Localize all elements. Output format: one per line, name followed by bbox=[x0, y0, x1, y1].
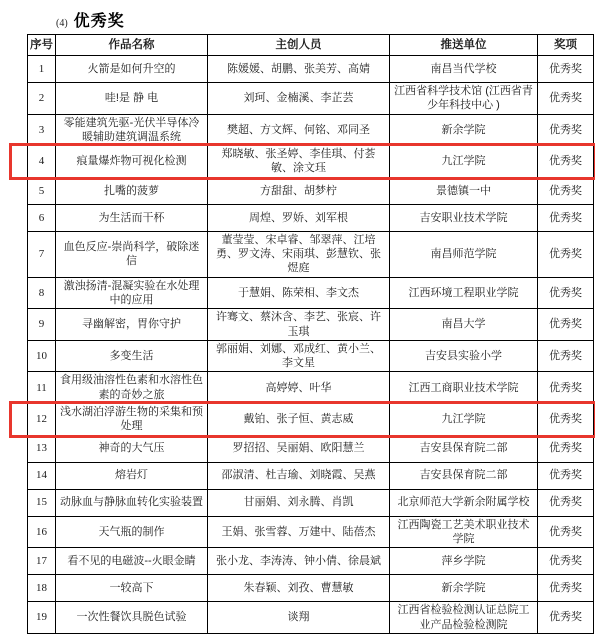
cell-creators: 樊超、方文辉、何铭、邓同圣 bbox=[208, 114, 390, 146]
table-row: 12 浅水湖泊浮游生物的采集和预处理 戴铂、张子恒、黄志威 九江学院 优秀奖 bbox=[28, 404, 594, 436]
table-row: 1 火箭是如何升空的 陈媛媛、胡鹏、张美芳、高婧 南昌当代学校 优秀奖 bbox=[28, 56, 594, 83]
table-row: 2 哇!是 静 电 刘珂、金楠溪、李芷芸 江西省科学技术馆 (江西省青少年科技中… bbox=[28, 83, 594, 115]
cell-work-title: 动脉血与静脉血转化实验装置 bbox=[56, 489, 208, 516]
cell-creators: 于慧娟、陈荣相、李文杰 bbox=[208, 277, 390, 309]
table-body: 1 火箭是如何升空的 陈媛媛、胡鹏、张美芳、高婧 南昌当代学校 优秀奖 2 哇!… bbox=[28, 56, 594, 634]
cell-award: 优秀奖 bbox=[538, 204, 594, 231]
table-row: 18 一较高下 朱春颖、刘孜、曹慧敏 新余学院 优秀奖 bbox=[28, 575, 594, 602]
cell-creators: 罗招招、吴丽娟、欧阳慧兰 bbox=[208, 435, 390, 462]
cell-work-title: 火箭是如何升空的 bbox=[56, 56, 208, 83]
cell-recommending-unit: 新余学院 bbox=[390, 114, 538, 146]
cell-award: 优秀奖 bbox=[538, 340, 594, 372]
cell-serial-number: 12 bbox=[28, 404, 56, 436]
table-header: 序号 作品名称 主创人员 推送单位 奖项 bbox=[28, 35, 594, 56]
table-row: 15 动脉血与静脉血转化实验装置 甘丽娟、刘永腾、肖凯 北京师范大学新余附属学校… bbox=[28, 489, 594, 516]
cell-work-title: 哇!是 静 电 bbox=[56, 83, 208, 115]
header-creators: 主创人员 bbox=[208, 35, 390, 56]
cell-creators: 郑晓敏、张圣婷、李佳琪、付荟敏、涂文珏 bbox=[208, 146, 390, 178]
cell-award: 优秀奖 bbox=[538, 404, 594, 436]
table-row: 19 一次性餐饮具脱色试验 谈翔 江西省检验检测认证总院工业产品检验检测院 优秀… bbox=[28, 602, 594, 634]
cell-work-title: 扎嘴的菠萝 bbox=[56, 177, 208, 204]
cell-award: 优秀奖 bbox=[538, 516, 594, 548]
cell-work-title: 零能建筑先驱-光伏半导体冷暖辅助建筑调温系统 bbox=[56, 114, 208, 146]
cell-recommending-unit: 南昌师范学院 bbox=[390, 231, 538, 277]
cell-serial-number: 4 bbox=[28, 146, 56, 178]
cell-recommending-unit: 萍乡学院 bbox=[390, 548, 538, 575]
cell-award: 优秀奖 bbox=[538, 231, 594, 277]
cell-work-title: 熔岩灯 bbox=[56, 462, 208, 489]
table-row: 4 痕量爆炸物可视化检测 郑晓敏、张圣婷、李佳琪、付荟敏、涂文珏 九江学院 优秀… bbox=[28, 146, 594, 178]
cell-work-title: 多变生活 bbox=[56, 340, 208, 372]
cell-creators: 谈翔 bbox=[208, 602, 390, 634]
cell-work-title: 浅水湖泊浮游生物的采集和预处理 bbox=[56, 404, 208, 436]
cell-recommending-unit: 北京师范大学新余附属学校 bbox=[390, 489, 538, 516]
header-award: 奖项 bbox=[538, 35, 594, 56]
cell-creators: 戴铂、张子恒、黄志威 bbox=[208, 404, 390, 436]
table-row: 14 熔岩灯 邵淑清、杜吉瑜、刘晓霞、吴燕 吉安县保育院二部 优秀奖 bbox=[28, 462, 594, 489]
cell-work-title: 为生活而干杯 bbox=[56, 204, 208, 231]
award-table: 序号 作品名称 主创人员 推送单位 奖项 1 火箭是如何升空的 陈媛媛、胡鹏、张… bbox=[27, 34, 594, 634]
cell-recommending-unit: 九江学院 bbox=[390, 404, 538, 436]
table-row: 3 零能建筑先驱-光伏半导体冷暖辅助建筑调温系统 樊超、方文辉、何铭、邓同圣 新… bbox=[28, 114, 594, 146]
header-row: 序号 作品名称 主创人员 推送单位 奖项 bbox=[28, 35, 594, 56]
cell-serial-number: 13 bbox=[28, 435, 56, 462]
cell-work-title: 看不见的电磁波--火眼金睛 bbox=[56, 548, 208, 575]
cell-serial-number: 6 bbox=[28, 204, 56, 231]
table-row: 17 看不见的电磁波--火眼金睛 张小龙、李涛涛、钟小倩、徐晨斌 萍乡学院 优秀… bbox=[28, 548, 594, 575]
cell-creators: 许骞文、蔡沐含、李艺、张宸、许玉琪 bbox=[208, 309, 390, 341]
header-work-title: 作品名称 bbox=[56, 35, 208, 56]
cell-serial-number: 10 bbox=[28, 340, 56, 372]
cell-recommending-unit: 南昌当代学校 bbox=[390, 56, 538, 83]
cell-serial-number: 2 bbox=[28, 83, 56, 115]
cell-creators: 郭丽娟、刘娜、邓成红、黄小兰、李文星 bbox=[208, 340, 390, 372]
table-row: 9 寻幽解密，胃你守护 许骞文、蔡沐含、李艺、张宸、许玉琪 南昌大学 优秀奖 bbox=[28, 309, 594, 341]
section-number-label: (4) bbox=[56, 18, 68, 29]
cell-award: 优秀奖 bbox=[538, 462, 594, 489]
header-serial-number: 序号 bbox=[28, 35, 56, 56]
section-title: 优秀奖 bbox=[74, 8, 125, 31]
cell-creators: 张小龙、李涛涛、钟小倩、徐晨斌 bbox=[208, 548, 390, 575]
cell-serial-number: 8 bbox=[28, 277, 56, 309]
cell-creators: 王娟、张雪蓉、万建中、陆蓓杰 bbox=[208, 516, 390, 548]
table-row: 11 食用级油溶性色素和水溶性色素的奇妙之旅 高婷婷、叶华 江西工商职业技术学院… bbox=[28, 372, 594, 404]
cell-award: 优秀奖 bbox=[538, 146, 594, 178]
cell-serial-number: 3 bbox=[28, 114, 56, 146]
cell-recommending-unit: 江西环境工程职业学院 bbox=[390, 277, 538, 309]
cell-work-title: 一较高下 bbox=[56, 575, 208, 602]
cell-recommending-unit: 吉安县实验小学 bbox=[390, 340, 538, 372]
cell-award: 优秀奖 bbox=[538, 435, 594, 462]
cell-serial-number: 11 bbox=[28, 372, 56, 404]
cell-creators: 邵淑清、杜吉瑜、刘晓霞、吴燕 bbox=[208, 462, 390, 489]
cell-serial-number: 5 bbox=[28, 177, 56, 204]
table-row: 5 扎嘴的菠萝 方甜甜、胡梦柠 景德镇一中 优秀奖 bbox=[28, 177, 594, 204]
cell-creators: 方甜甜、胡梦柠 bbox=[208, 177, 390, 204]
table-row: 7 血色反应-崇尚科学，破除迷信 董莹莹、宋卓睿、邹翠萍、江培勇、罗文涛、宋雨琪… bbox=[28, 231, 594, 277]
cell-award: 优秀奖 bbox=[538, 56, 594, 83]
cell-recommending-unit: 吉安职业技术学院 bbox=[390, 204, 538, 231]
cell-award: 优秀奖 bbox=[538, 83, 594, 115]
cell-recommending-unit: 吉安县保育院二部 bbox=[390, 435, 538, 462]
cell-work-title: 食用级油溶性色素和水溶性色素的奇妙之旅 bbox=[56, 372, 208, 404]
cell-serial-number: 15 bbox=[28, 489, 56, 516]
cell-serial-number: 7 bbox=[28, 231, 56, 277]
cell-serial-number: 9 bbox=[28, 309, 56, 341]
cell-recommending-unit: 景德镇一中 bbox=[390, 177, 538, 204]
cell-work-title: 神奇的大气压 bbox=[56, 435, 208, 462]
cell-serial-number: 16 bbox=[28, 516, 56, 548]
cell-work-title: 寻幽解密，胃你守护 bbox=[56, 309, 208, 341]
cell-recommending-unit: 新余学院 bbox=[390, 575, 538, 602]
cell-serial-number: 19 bbox=[28, 602, 56, 634]
cell-creators: 刘珂、金楠溪、李芷芸 bbox=[208, 83, 390, 115]
cell-recommending-unit: 九江学院 bbox=[390, 146, 538, 178]
cell-recommending-unit: 江西省检验检测认证总院工业产品检验检测院 bbox=[390, 602, 538, 634]
cell-work-title: 痕量爆炸物可视化检测 bbox=[56, 146, 208, 178]
cell-recommending-unit: 江西工商职业技术学院 bbox=[390, 372, 538, 404]
cell-creators: 朱春颖、刘孜、曹慧敏 bbox=[208, 575, 390, 602]
table-row: 6 为生活而干杯 周煌、罗娇、刘军根 吉安职业技术学院 优秀奖 bbox=[28, 204, 594, 231]
cell-work-title: 一次性餐饮具脱色试验 bbox=[56, 602, 208, 634]
cell-award: 优秀奖 bbox=[538, 548, 594, 575]
cell-work-title: 血色反应-崇尚科学，破除迷信 bbox=[56, 231, 208, 277]
table-row: 8 激浊扬清-混凝实验在水处理中的应用 于慧娟、陈荣相、李文杰 江西环境工程职业… bbox=[28, 277, 594, 309]
cell-creators: 甘丽娟、刘永腾、肖凯 bbox=[208, 489, 390, 516]
cell-creators: 周煌、罗娇、刘军根 bbox=[208, 204, 390, 231]
cell-award: 优秀奖 bbox=[538, 372, 594, 404]
cell-recommending-unit: 吉安县保育院二部 bbox=[390, 462, 538, 489]
cell-serial-number: 1 bbox=[28, 56, 56, 83]
cell-award: 优秀奖 bbox=[538, 602, 594, 634]
cell-award: 优秀奖 bbox=[538, 277, 594, 309]
cell-award: 优秀奖 bbox=[538, 575, 594, 602]
cell-award: 优秀奖 bbox=[538, 177, 594, 204]
cell-work-title: 激浊扬清-混凝实验在水处理中的应用 bbox=[56, 277, 208, 309]
section-heading: (4) 优秀奖 bbox=[56, 8, 125, 31]
cell-award: 优秀奖 bbox=[538, 489, 594, 516]
cell-creators: 陈媛媛、胡鹏、张美芳、高婧 bbox=[208, 56, 390, 83]
cell-award: 优秀奖 bbox=[538, 309, 594, 341]
cell-recommending-unit: 江西省科学技术馆 (江西省青少年科技中心 ) bbox=[390, 83, 538, 115]
cell-creators: 董莹莹、宋卓睿、邹翠萍、江培勇、罗文涛、宋雨琪、彭慧钦、张煜庭 bbox=[208, 231, 390, 277]
cell-serial-number: 14 bbox=[28, 462, 56, 489]
document-page: { "page": { "section_label": "(4)", "sec… bbox=[0, 0, 595, 642]
cell-recommending-unit: 江西陶瓷工艺美术职业技术学院 bbox=[390, 516, 538, 548]
cell-work-title: 天气瓶的制作 bbox=[56, 516, 208, 548]
cell-recommending-unit: 南昌大学 bbox=[390, 309, 538, 341]
cell-serial-number: 18 bbox=[28, 575, 56, 602]
cell-serial-number: 17 bbox=[28, 548, 56, 575]
table-row: 16 天气瓶的制作 王娟、张雪蓉、万建中、陆蓓杰 江西陶瓷工艺美术职业技术学院 … bbox=[28, 516, 594, 548]
table-row: 10 多变生活 郭丽娟、刘娜、邓成红、黄小兰、李文星 吉安县实验小学 优秀奖 bbox=[28, 340, 594, 372]
cell-creators: 高婷婷、叶华 bbox=[208, 372, 390, 404]
table-row: 13 神奇的大气压 罗招招、吴丽娟、欧阳慧兰 吉安县保育院二部 优秀奖 bbox=[28, 435, 594, 462]
cell-award: 优秀奖 bbox=[538, 114, 594, 146]
header-recommending-unit: 推送单位 bbox=[390, 35, 538, 56]
